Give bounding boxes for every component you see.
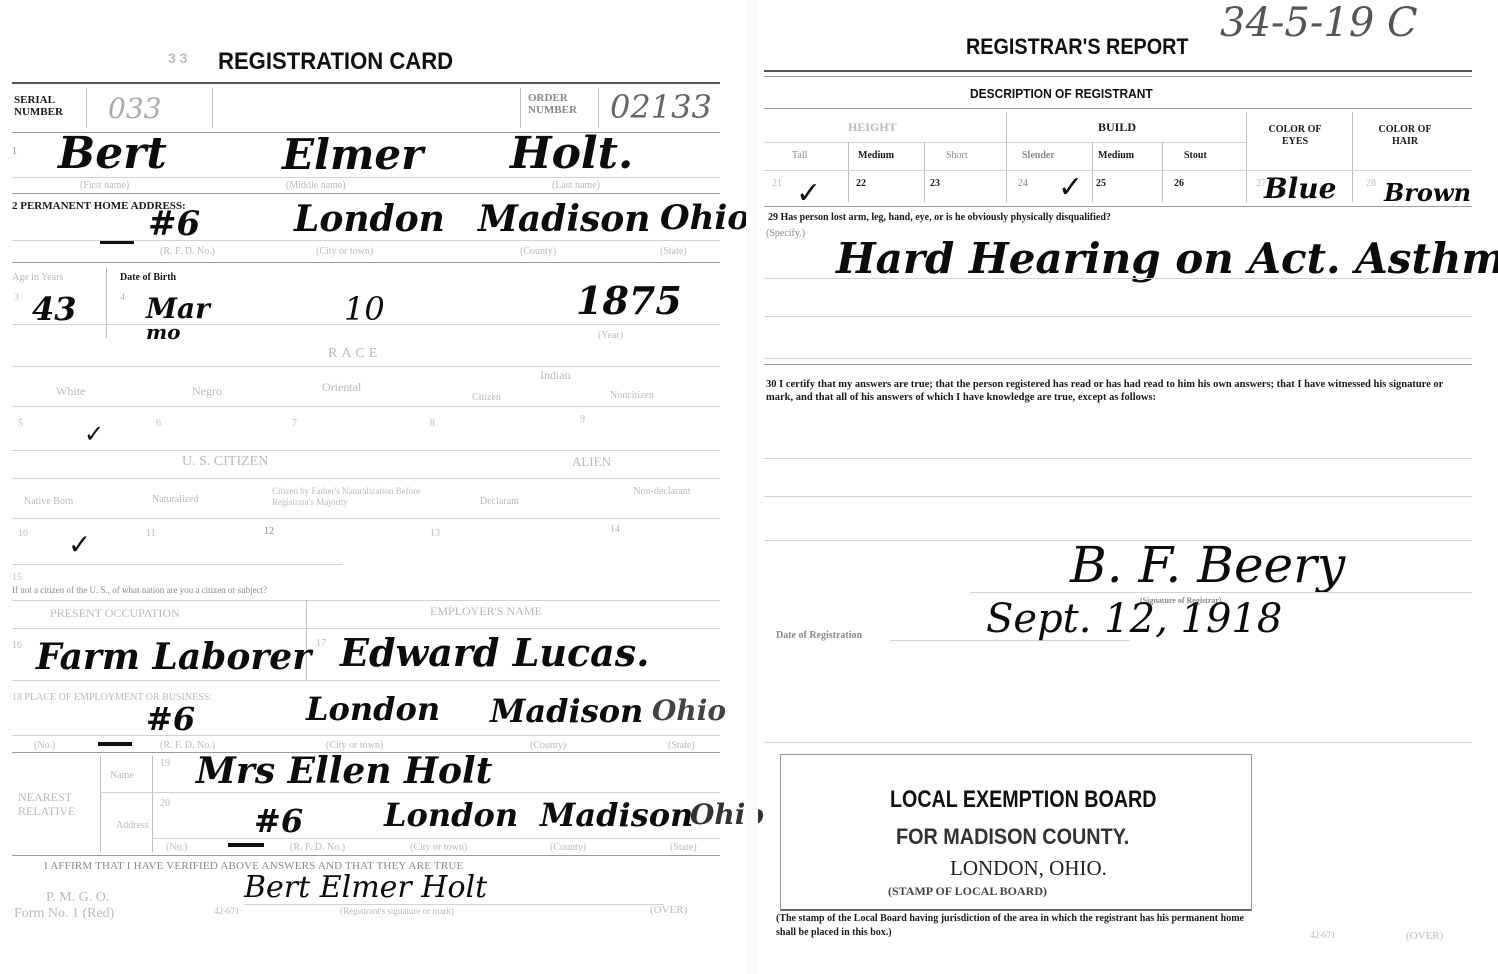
field30-certification: 30 I certify that my answers are true; t… (766, 378, 1472, 404)
age-field-number: 3 (14, 292, 19, 303)
native-born-checkmark: ✓ (68, 528, 91, 561)
home-rfd: #6 (148, 204, 200, 244)
race-white-checkmark: ✓ (84, 420, 104, 448)
relative-address-field-number: 20 (160, 798, 170, 809)
stamp-number: 34-5-19 C (1220, 0, 1418, 46)
height-num-22: 22 (856, 178, 866, 189)
form-code: 42-671 (214, 906, 240, 916)
order-number-label: ORDER NUMBER (528, 92, 592, 116)
year-label: (Year) (598, 330, 623, 341)
build-label: BUILD (1098, 120, 1136, 135)
field-number: 1 (12, 146, 17, 157)
race-col-oriental: Oriental (322, 380, 361, 395)
eyes-label: COLOR OF EYES (1262, 124, 1328, 148)
relative-city-label: (City or town) (410, 842, 467, 853)
cit-num-12: 12 (264, 526, 274, 537)
relative-name-label: Name (110, 770, 134, 781)
home-city: London (294, 198, 445, 240)
employment-state: Ohio (652, 694, 726, 727)
occupation-value: Farm Laborer (36, 636, 311, 678)
build-num-24: 24 (1018, 178, 1028, 189)
registrant-signature: Bert Elmer Holt (244, 870, 487, 905)
race-col-white: White (56, 384, 85, 399)
relative-address-label: Address (116, 820, 149, 831)
last-name-label: (Last name) (552, 180, 600, 191)
underline-mark (98, 742, 132, 746)
employment-no-label: (No.) (34, 740, 55, 751)
field29-specify: (Specify.) (766, 228, 805, 239)
height-label: HEIGHT (848, 120, 897, 135)
hair-value: Brown (1384, 178, 1471, 207)
build-num-26: 26 (1174, 178, 1184, 189)
serial-number-value: 033 (108, 92, 161, 125)
employment-state-label: (State) (668, 740, 695, 751)
card-title: REGISTRATION CARD (218, 48, 453, 76)
relative-county: Madison (540, 796, 693, 834)
occupation-field-number: 16 (12, 640, 22, 651)
relative-rfd-label: (R. F. D. No.) (290, 842, 345, 853)
middle-name: Elmer (282, 130, 423, 179)
report-over-label: (OVER) (1406, 930, 1443, 942)
registration-date-value: Sept. 12, 1918 (986, 596, 1282, 642)
over-label: (OVER) (650, 904, 687, 916)
dob-year: 1875 (576, 278, 682, 323)
height-num-23: 23 (930, 178, 940, 189)
relative-name-value: Mrs Ellen Holt (196, 750, 492, 792)
first-name: Bert (58, 128, 167, 179)
race-num-6: 6 (156, 418, 161, 429)
height-col-tall: Tall (792, 150, 807, 161)
age-value: 43 (32, 290, 77, 328)
cit-col-by-father: Citizen by Father's Naturalization Befor… (272, 486, 422, 508)
field29-answer: Hard Hearing on Act. Asthma (836, 234, 1498, 283)
underline-mark (228, 843, 264, 847)
cit-num-14: 14 (610, 524, 620, 535)
description-heading: DESCRIPTION OF REGISTRANT (970, 86, 1153, 101)
relative-rfd: #6 (254, 802, 303, 840)
report-form-code: 42-671 (1310, 930, 1336, 940)
relative-state-label: (State) (670, 842, 697, 853)
stamp-line2: FOR MADISON COUNTY. (896, 824, 1129, 850)
cit-col-declarant: Declarant (480, 496, 519, 507)
race-num-8: 8 (430, 418, 435, 429)
registrar-signature: B. F. Beery (1070, 536, 1345, 594)
height-col-medium: Medium (858, 150, 894, 161)
build-col-slender: Slender (1022, 150, 1055, 161)
height-num-21: 21 (772, 178, 782, 189)
nearest-relative-label: NEAREST RELATIVE (18, 790, 98, 818)
field15-number: 15 (12, 572, 22, 583)
field15-question: If not a citizen of the U. S., of what n… (12, 585, 267, 595)
form-id-line2: Form No. 1 (Red) (14, 906, 114, 922)
middle-name-label: (Middle name) (286, 180, 346, 191)
build-medium-checkmark: ✓ (1058, 170, 1083, 205)
cit-num-11: 11 (146, 528, 156, 539)
stamp-line3: LONDON, OHIO. (950, 856, 1107, 881)
relative-name-field-number: 19 (160, 758, 170, 769)
employment-county: Madison (490, 692, 643, 730)
stamp-line1: LOCAL EXEMPTION BOARD (890, 786, 1156, 814)
home-county: Madison (478, 198, 650, 240)
build-num-25: 25 (1096, 178, 1106, 189)
age-label: Age in Years (12, 272, 63, 283)
state-label: (State) (660, 246, 687, 257)
employer-value: Edward Lucas. (340, 630, 649, 675)
serial-number-label: SERIAL NUMBER (14, 94, 84, 118)
dob-day: 10 (344, 290, 385, 328)
home-state: Ohio (660, 198, 750, 238)
order-number-value: 02133 (610, 88, 712, 126)
us-citizen-heading: U. S. CITIZEN (182, 454, 268, 470)
build-col-stout: Stout (1184, 150, 1207, 161)
employment-county-label: (County) (530, 740, 566, 751)
race-col-noncitizen: Noncitizen (610, 390, 654, 401)
field29-question: 29 Has person lost arm, leg, hand, eye, … (768, 212, 1474, 223)
race-col-citizen: Citizen (472, 392, 501, 403)
build-col-medium: Medium (1098, 150, 1134, 161)
indian-label: Indian (540, 368, 571, 383)
stamp-caption: (STAMP OF LOCAL BOARD) (888, 884, 1047, 899)
title-prefix: 3 3 (168, 50, 187, 66)
first-name-label: (First name) (80, 180, 129, 191)
alien-heading: ALIEN (572, 454, 611, 470)
employment-city: London (306, 690, 440, 728)
city-label: (City or town) (316, 246, 373, 257)
employer-label: EMPLOYER'S NAME (430, 604, 542, 619)
county-label: (County) (520, 246, 556, 257)
stamp-footnote: (The stamp of the Local Board having jur… (776, 912, 1250, 940)
race-num-5: 5 (18, 418, 23, 429)
hair-field-number: 28 (1366, 178, 1376, 189)
cit-col-naturalized: Naturalized (152, 494, 199, 505)
cit-col-nondeclarant: Non-declarant (632, 486, 692, 497)
employment-rfd: #6 (146, 700, 195, 738)
race-col-negro: Negro (192, 384, 222, 399)
race-heading: RACE (328, 346, 381, 362)
employer-field-number: 17 (316, 638, 326, 649)
height-col-short: Short (946, 150, 968, 161)
occupation-label: PRESENT OCCUPATION (50, 606, 180, 621)
eyes-value: Blue (1264, 172, 1336, 205)
last-name: Holt. (510, 128, 633, 179)
registration-date-label: Date of Registration (776, 630, 862, 641)
cit-num-13: 13 (430, 528, 440, 539)
race-num-7: 7 (292, 418, 297, 429)
registrant-signature-label: (Registrant's signature or mark) (340, 906, 454, 916)
hair-label: COLOR OF HAIR (1370, 124, 1440, 148)
cit-col-native: Native Born (24, 496, 73, 507)
dob-field-number: 4 (120, 292, 125, 303)
race-num-9: 9 (580, 414, 585, 425)
relative-no-label: (No.) (166, 842, 187, 853)
report-title: REGISTRAR'S REPORT (966, 34, 1189, 60)
dob-label: Date of Birth (120, 272, 176, 283)
cit-num-10: 10 (18, 528, 28, 539)
relative-city: London (384, 796, 518, 834)
page-divider (746, 0, 758, 974)
relative-county-label: (County) (550, 842, 586, 853)
form-id-line1: P. M. G. O. (46, 890, 109, 906)
rfd-label: (R. F. D. No.) (160, 246, 215, 257)
